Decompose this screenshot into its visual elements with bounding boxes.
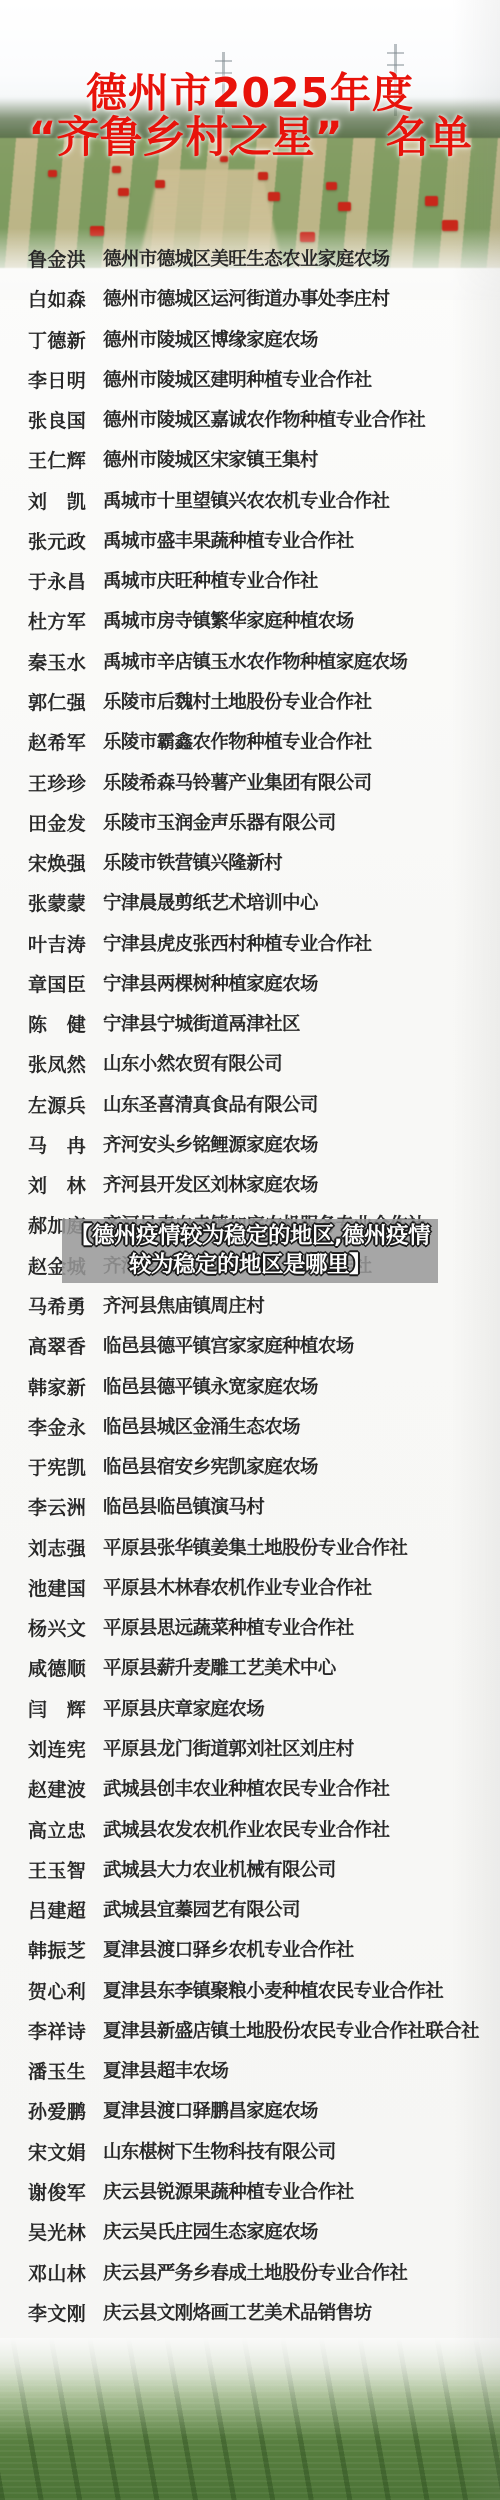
list-item: 吴光林 庆云吴氏庄园生态家庭农场 xyxy=(28,2218,494,2244)
person-name: 鲁金洪 xyxy=(28,245,86,272)
organization: 宁津晨晟剪纸艺术培训中心 xyxy=(103,889,318,915)
person-name: 潘玉生 xyxy=(28,2057,86,2084)
list-item: 高翠香 临邑县德平镇宫家家庭种植农场 xyxy=(28,1332,494,1358)
person-name: 王玉智 xyxy=(28,1856,86,1883)
list-item: 潘玉生 夏津县超丰农场 xyxy=(28,2057,494,2083)
person-name: 张蒙蒙 xyxy=(28,889,86,916)
organization: 平原县薪升麦雕工艺美术中心 xyxy=(103,1654,336,1680)
organization: 庆云县锐源果蔬种植专业合作社 xyxy=(103,2178,354,2204)
list-item: 李金永 临邑县城区金涌生态农场 xyxy=(28,1413,494,1439)
list-item: 杜方军 禹城市房寺镇繁华家庭种植农场 xyxy=(28,607,494,633)
list-item: 李云洲 临邑县临邑镇演马村 xyxy=(28,1493,494,1519)
list-item: 李祥诗 夏津县新盛店镇土地股份农民专业合作社联合社 xyxy=(28,2017,494,2043)
organization: 庆云吴氏庄园生态家庭农场 xyxy=(103,2218,318,2244)
person-name: 白如森 xyxy=(28,285,86,312)
list-item: 鲁金洪 德州市德城区美旺生态农业家庭农场 xyxy=(28,245,494,271)
list-item: 王仁辉 德州市陵城区宋家镇王集村 xyxy=(28,446,494,472)
list-item: 张凤然 山东小然农贸有限公司 xyxy=(28,1050,494,1076)
organization: 德州市德城区运河街道办事处李庄村 xyxy=(103,285,389,311)
list-item: 于宪凯 临邑县宿安乡宪凯家庭农场 xyxy=(28,1453,494,1479)
organization: 临邑县宿安乡宪凯家庭农场 xyxy=(103,1453,318,1479)
organization: 庆云县文刚烙画工艺美术品销售坊 xyxy=(103,2299,372,2325)
person-name: 闫 辉 xyxy=(28,1695,86,1722)
footer-photo xyxy=(0,2338,500,2500)
organization: 夏津县东李镇聚粮小麦种植农民专业合作社 xyxy=(103,1977,443,2003)
list-item: 赵建波 武城县创丰农业种植农民专业合作社 xyxy=(28,1775,494,1801)
person-name: 李祥诗 xyxy=(28,2017,86,2044)
organization: 禹城市盛丰果蔬种植专业合作社 xyxy=(103,527,354,553)
person-name: 赵建波 xyxy=(28,1775,86,1802)
list-item: 贺心利 夏津县东李镇聚粮小麦种植农民专业合作社 xyxy=(28,1977,494,2003)
organization: 夏津县渡口驿鹏昌家庭农场 xyxy=(103,2097,318,2123)
organization: 宁津县两棵树种植家庭农场 xyxy=(103,970,318,996)
organization: 乐陵希森马铃薯产业集团有限公司 xyxy=(103,769,372,795)
list-item: 赵希军 乐陵市霸鑫农作物种植专业合作社 xyxy=(28,728,494,754)
organization: 乐陵市霸鑫农作物种植专业合作社 xyxy=(103,728,372,754)
person-name: 刘志强 xyxy=(28,1534,86,1561)
organization: 山东椹树下生物科技有限公司 xyxy=(103,2138,336,2164)
person-name: 王仁辉 xyxy=(28,446,86,473)
person-name: 李金永 xyxy=(28,1413,86,1440)
person-name: 吴光林 xyxy=(28,2218,86,2245)
person-name: 田金发 xyxy=(28,809,86,836)
organization: 宁津县宁城街道鬲津社区 xyxy=(103,1010,300,1036)
person-name: 王珍珍 xyxy=(28,769,86,796)
person-name: 左源兵 xyxy=(28,1091,86,1118)
person-name: 邓山林 xyxy=(28,2259,86,2286)
list-item: 张良国 德州市陵城区嘉诚农作物种植专业合作社 xyxy=(28,406,494,432)
person-name: 张凤然 xyxy=(28,1050,86,1077)
organization: 德州市陵城区建明种植专业合作社 xyxy=(103,366,372,392)
organization: 齐河县焦庙镇周庄村 xyxy=(103,1292,264,1318)
list-item: 田金发 乐陵市玉润金声乐器有限公司 xyxy=(28,809,494,835)
person-name: 李日明 xyxy=(28,366,86,393)
organization: 平原县庆章家庭农场 xyxy=(103,1695,264,1721)
list-item: 郭仁强 乐陵市后魏村土地股份专业合作社 xyxy=(28,688,494,714)
person-name: 池建国 xyxy=(28,1574,86,1601)
person-name: 叶吉涛 xyxy=(28,930,86,957)
list-item: 刘连宪 平原县龙门街道郭刘社区刘庄村 xyxy=(28,1735,494,1761)
person-name: 章国臣 xyxy=(28,970,86,997)
list-item: 宋焕强 乐陵市铁营镇兴隆新村 xyxy=(28,849,494,875)
organization: 德州市陵城区宋家镇王集村 xyxy=(103,446,318,472)
person-name: 杨兴文 xyxy=(28,1614,86,1641)
organization: 山东小然农贸有限公司 xyxy=(103,1050,282,1076)
list-item: 刘 林 齐河县开发区刘林家庭农场 xyxy=(28,1171,494,1197)
list-item: 李日明 德州市陵城区建明种植专业合作社 xyxy=(28,366,494,392)
person-name: 刘连宪 xyxy=(28,1735,86,1762)
list-item: 白如森 德州市德城区运河街道办事处李庄村 xyxy=(28,285,494,311)
person-name: 马 冉 xyxy=(28,1131,86,1158)
organization: 乐陵市后魏村土地股份专业合作社 xyxy=(103,688,372,714)
organization: 夏津县新盛店镇土地股份农民专业合作社联合社 xyxy=(103,2017,479,2043)
person-name: 刘 林 xyxy=(28,1171,86,1198)
person-name: 刘 凯 xyxy=(28,487,86,514)
article-page: 德州市2025年度 “齐鲁乡村之星” 名单 鲁金洪 德州市德城区美旺生态农业家庭… xyxy=(0,0,500,2500)
person-name: 于宪凯 xyxy=(28,1453,86,1480)
list-item: 宋文娟 山东椹树下生物科技有限公司 xyxy=(28,2138,494,2164)
watermark-line2: 较为稳定的地区是哪里】 xyxy=(129,1251,371,1280)
person-name: 宋焕强 xyxy=(28,849,86,876)
list-item: 刘 凯 禹城市十里望镇兴农农机专业合作社 xyxy=(28,487,494,513)
person-name: 赵希军 xyxy=(28,728,86,755)
organization: 武城县创丰农业种植农民专业合作社 xyxy=(103,1775,389,1801)
person-name: 秦玉水 xyxy=(28,648,86,675)
list-item: 叶吉涛 宁津县虎皮张西村种植专业合作社 xyxy=(28,930,494,956)
person-name: 高翠香 xyxy=(28,1332,86,1359)
organization: 临邑县德平镇宫家家庭种植农场 xyxy=(103,1332,354,1358)
organization: 临邑县临邑镇演马村 xyxy=(103,1493,264,1519)
organization: 武城县农发农机作业农民专业合作社 xyxy=(103,1816,389,1842)
person-name: 李云洲 xyxy=(28,1493,86,1520)
person-name: 咸德顺 xyxy=(28,1654,86,1681)
organization: 禹城市房寺镇繁华家庭种植农场 xyxy=(103,607,354,633)
list-item: 高立忠 武城县农发农机作业农民专业合作社 xyxy=(28,1816,494,1842)
organization: 德州市陵城区博缘家庭农场 xyxy=(103,326,318,352)
person-name: 李文刚 xyxy=(28,2299,86,2326)
organization: 武城县大力农业机械有限公司 xyxy=(103,1856,336,1882)
organization: 平原县龙门街道郭刘社区刘庄村 xyxy=(103,1735,354,1761)
person-name: 孙爱鹏 xyxy=(28,2097,86,2124)
organization: 临邑县德平镇永宽家庭农场 xyxy=(103,1373,318,1399)
list-item: 池建国 平原县木林春农机作业专业合作社 xyxy=(28,1574,494,1600)
list-item: 韩家新 临邑县德平镇永宽家庭农场 xyxy=(28,1373,494,1399)
list-item: 刘志强 平原县张华镇姜集土地股份专业合作社 xyxy=(28,1534,494,1560)
list-item: 马希勇 齐河县焦庙镇周庄村 xyxy=(28,1292,494,1318)
organization: 宁津县虎皮张西村种植专业合作社 xyxy=(103,930,372,956)
person-name: 陈 健 xyxy=(28,1010,86,1037)
list-item: 咸德顺 平原县薪升麦雕工艺美术中心 xyxy=(28,1654,494,1680)
list-item: 吕建超 武城县宜蓁园艺有限公司 xyxy=(28,1896,494,1922)
organization: 夏津县渡口驿乡农机专业合作社 xyxy=(103,1936,354,1962)
person-name: 张元政 xyxy=(28,527,86,554)
list-item: 于永昌 禹城市庆旺种植专业合作社 xyxy=(28,567,494,593)
watermark-line1: 【德州疫情较为稳定的地区,德州疫情 xyxy=(70,1222,430,1251)
list-item: 马 冉 齐河安头乡铭鲤源家庭农场 xyxy=(28,1131,494,1157)
person-name: 杜方军 xyxy=(28,607,86,634)
person-name: 马希勇 xyxy=(28,1292,86,1319)
person-name: 郭仁强 xyxy=(28,688,86,715)
list-item: 张蒙蒙 宁津晨晟剪纸艺术培训中心 xyxy=(28,889,494,915)
organization: 禹城市十里望镇兴农农机专业合作社 xyxy=(103,487,389,513)
list-item: 王玉智 武城县大力农业机械有限公司 xyxy=(28,1856,494,1882)
organization: 平原县张华镇姜集土地股份专业合作社 xyxy=(103,1534,407,1560)
organization: 德州市陵城区嘉诚农作物种植专业合作社 xyxy=(103,406,425,432)
list-item: 邓山林 庆云县严务乡春成土地股份专业合作社 xyxy=(28,2259,494,2285)
organization: 夏津县超丰农场 xyxy=(103,2057,228,2083)
list-item: 王珍珍 乐陵希森马铃薯产业集团有限公司 xyxy=(28,769,494,795)
watermark-overlay: 【德州疫情较为稳定的地区,德州疫情 较为稳定的地区是哪里】 xyxy=(62,1219,438,1283)
organization: 齐河县开发区刘林家庭农场 xyxy=(103,1171,318,1197)
list-item: 李文刚 庆云县文刚烙画工艺美术品销售坊 xyxy=(28,2299,494,2325)
organization: 齐河安头乡铭鲤源家庭农场 xyxy=(103,1131,318,1157)
list-item: 韩振芝 夏津县渡口驿乡农机专业合作社 xyxy=(28,1936,494,1962)
person-name: 韩振芝 xyxy=(28,1936,86,1963)
person-name: 韩家新 xyxy=(28,1373,86,1400)
person-name: 吕建超 xyxy=(28,1896,86,1923)
list-item: 孙爱鹏 夏津县渡口驿鹏昌家庭农场 xyxy=(28,2097,494,2123)
organization: 武城县宜蓁园艺有限公司 xyxy=(103,1896,300,1922)
organization: 临邑县城区金涌生态农场 xyxy=(103,1413,300,1439)
list-item: 左源兵 山东圣喜清真食品有限公司 xyxy=(28,1091,494,1117)
person-name: 丁德新 xyxy=(28,326,86,353)
person-name: 宋文娟 xyxy=(28,2138,86,2165)
organization: 禹城市辛店镇玉水农作物种植家庭农场 xyxy=(103,648,407,674)
person-name: 贺心利 xyxy=(28,1977,86,2004)
person-name: 张良国 xyxy=(28,406,86,433)
list-item: 杨兴文 平原县思远蔬菜种植专业合作社 xyxy=(28,1614,494,1640)
organization: 禹城市庆旺种植专业合作社 xyxy=(103,567,318,593)
list-item: 闫 辉 平原县庆章家庭农场 xyxy=(28,1695,494,1721)
person-name: 于永昌 xyxy=(28,567,86,594)
list-item: 章国臣 宁津县两棵树种植家庭农场 xyxy=(28,970,494,996)
organization: 乐陵市铁营镇兴隆新村 xyxy=(103,849,282,875)
organization: 平原县木林春农机作业专业合作社 xyxy=(103,1574,372,1600)
list-item: 秦玉水 禹城市辛店镇玉水农作物种植家庭农场 xyxy=(28,648,494,674)
list-item: 陈 健 宁津县宁城街道鬲津社区 xyxy=(28,1010,494,1036)
organization: 乐陵市玉润金声乐器有限公司 xyxy=(103,809,336,835)
person-name: 谢俊军 xyxy=(28,2178,86,2205)
person-name: 高立忠 xyxy=(28,1816,86,1843)
organization: 庆云县严务乡春成土地股份专业合作社 xyxy=(103,2259,407,2285)
list-item: 张元政 禹城市盛丰果蔬种植专业合作社 xyxy=(28,527,494,553)
organization: 平原县思远蔬菜种植专业合作社 xyxy=(103,1614,354,1640)
list-item: 谢俊军 庆云县锐源果蔬种植专业合作社 xyxy=(28,2178,494,2204)
list-item: 丁德新 德州市陵城区博缘家庭农场 xyxy=(28,326,494,352)
organization: 山东圣喜清真食品有限公司 xyxy=(103,1091,318,1117)
organization: 德州市德城区美旺生态农业家庭农场 xyxy=(103,245,389,271)
